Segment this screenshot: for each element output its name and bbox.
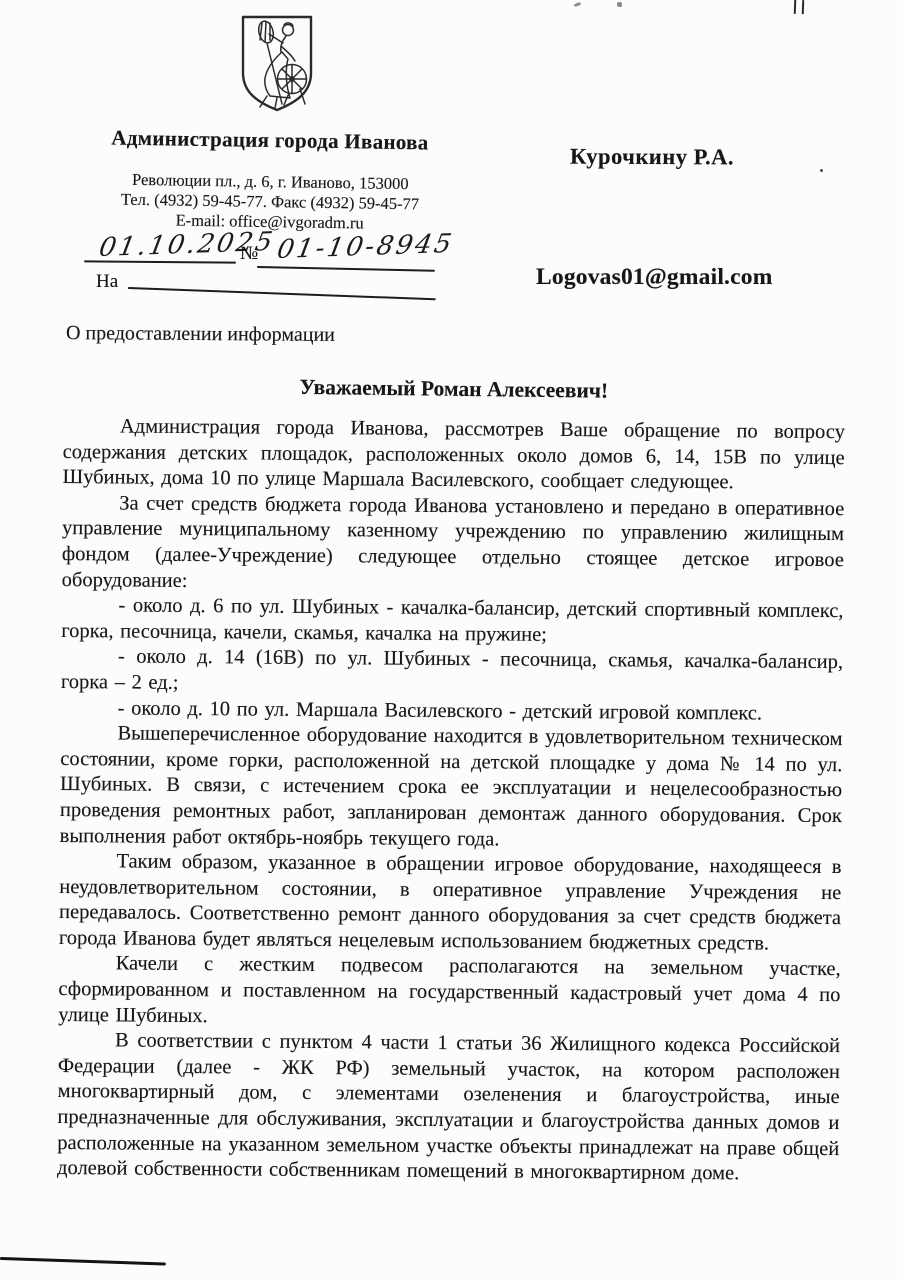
reply-to-label: На [96,271,118,293]
body-paragraph-list-item: - около д. 14 (16В) по ул. Шубиных - пес… [61,644,843,701]
body-paragraph: Таким образом, указанное в обращении игр… [59,849,842,958]
handwritten-doc-number: 01-10-8945 [275,229,456,265]
letter-body: Администрация города Иванова, рассмотрев… [57,414,845,1188]
recipient-name: Курочкину Р.А. [570,144,734,171]
number-sign: № [240,243,258,265]
org-name: Администрация города Иванова [72,125,468,156]
body-paragraph: Администрация города Иванова, рассмотрев… [62,414,845,497]
scan-artifact [820,169,823,172]
salutation: Уважаемый Роман Алексеевич! [63,372,845,407]
reply-to-underline [128,287,436,300]
date-underline [84,260,236,263]
org-address-block: Революции пл., д. 6, г. Иваново, 153000 … [72,169,469,235]
scanned-letter-page: Администрация города Иванова Революции п… [0,0,903,1280]
scan-artifact [574,2,582,7]
city-coat-of-arms [236,13,318,115]
body-paragraph: В соответствии с пунктом 4 части 1 стать… [57,1028,840,1188]
scan-artifact [794,0,804,14]
bottom-separator-line [0,1257,166,1266]
recipient-email: Logovas01@gmail.com [536,264,773,291]
number-underline [257,266,435,272]
body-paragraph-list-item: - около д. 6 по ул. Шубиных - качалка-ба… [61,593,843,650]
body-paragraph: Вышеперечисленное оборудование находится… [60,721,843,855]
subject-line: О предоставлении информации [66,322,335,347]
body-paragraph: Качели с жестким подвесом располагаются … [58,951,841,1034]
body-paragraph: За счет средств бюджета города Иванова у… [62,491,845,600]
coat-of-arms-icon [236,13,318,115]
scan-artifact [617,2,622,7]
